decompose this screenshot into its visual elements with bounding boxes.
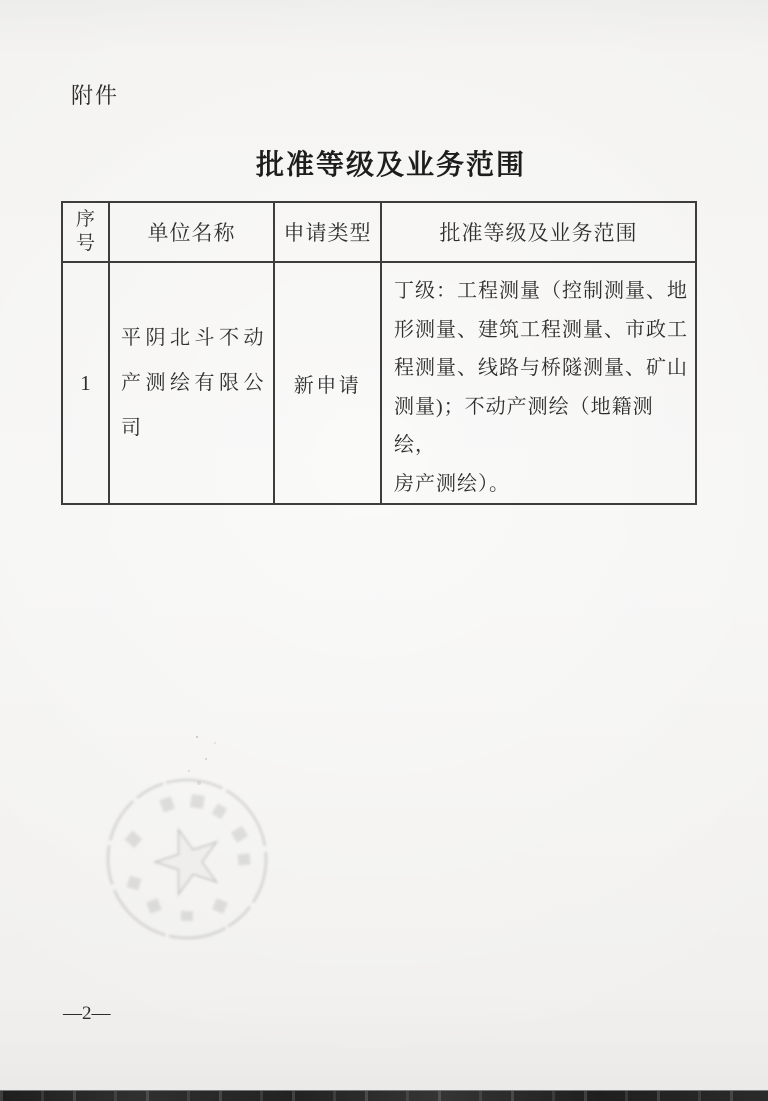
table-header-row: 序 号 单位名称 申请类型 批准等级及业务范围 (62, 202, 696, 262)
header-unit-name: 单位名称 (109, 202, 274, 262)
row-application-type: 新申请 (274, 262, 381, 504)
official-seal-stamp (103, 776, 271, 944)
header-scope: 批准等级及业务范围 (381, 202, 696, 262)
header-index: 序 号 (62, 202, 109, 262)
row-scope: 丁级：工程测量（控制测量、地 形测量、建筑工程测量、市政工 程测量、线路与桥隧测… (381, 262, 696, 504)
attachment-label: 附件 (71, 79, 119, 110)
table-row: 1 平阴北斗不动 产测绘有限公 司 新申请 丁级：工程测量（控制测量、地 形测量… (62, 262, 696, 504)
row-index: 1 (62, 262, 109, 504)
scanned-document-page: 附件 批准等级及业务范围 序 号 单位名称 申请类型 批准等级及业务范围 1 平… (0, 0, 768, 1101)
star-icon (148, 820, 228, 898)
approval-table: 序 号 单位名称 申请类型 批准等级及业务范围 1 平阴北斗不动 产测绘有限公 … (61, 201, 697, 505)
row-unit-name: 平阴北斗不动 产测绘有限公 司 (109, 262, 274, 504)
document-title: 批准等级及业务范围 (61, 143, 721, 183)
seal-graphic (103, 776, 271, 944)
scan-ink-specks (196, 736, 198, 738)
header-application-type: 申请类型 (274, 202, 381, 262)
scanner-edge-strip (0, 1090, 768, 1101)
page-number: —2— (63, 1003, 111, 1025)
